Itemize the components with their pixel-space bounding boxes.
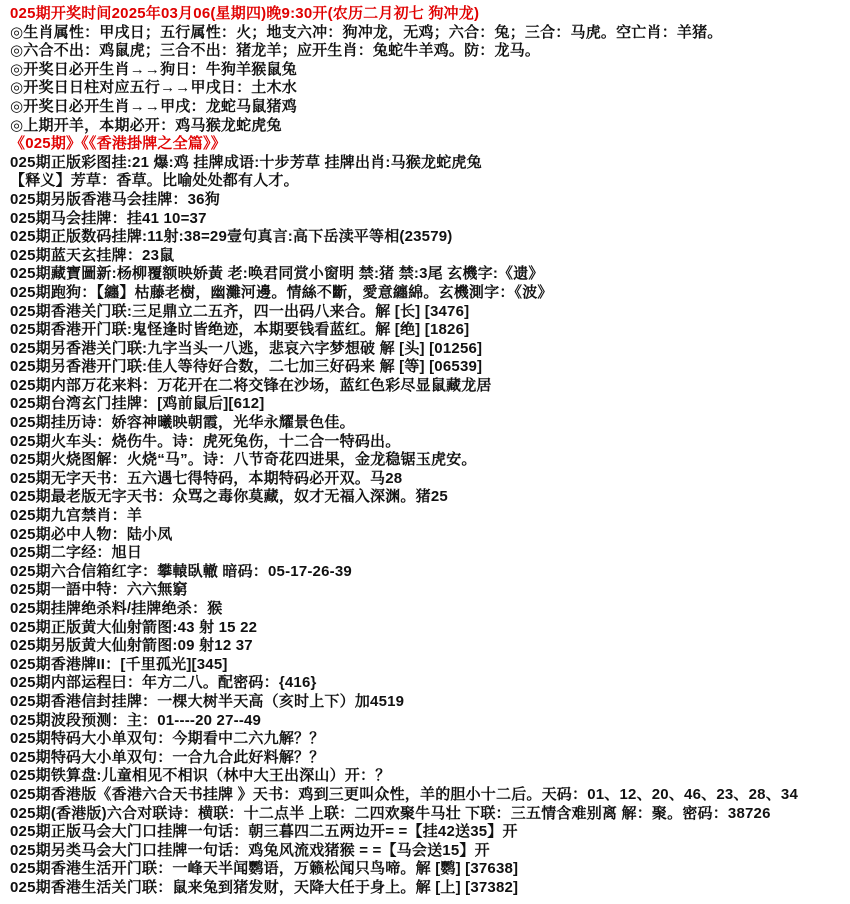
- text-line-6: ◎开奖日必开生肖→→甲戌：龙蛇马鼠猪鸡: [10, 98, 846, 117]
- text-line-22: 025期台湾玄门挂牌：[鸡前鼠后][612]: [10, 395, 846, 414]
- text-line-17: 025期香港关门联:三足鼎立二五齐，四一出码八来合。解 [长] [3476]: [10, 303, 846, 322]
- text-line-37: 025期内部运程曰：年方二八。配密码：{416}: [10, 674, 846, 693]
- text-line-12: 025期马会挂牌：挂41 10=37: [10, 210, 846, 229]
- text-line-20: 025期另香港开门联:佳人等待好合数，二七加三好码来 解 [等] [06539]: [10, 358, 846, 377]
- text-line-7: ◎上期开羊，本期必开：鸡马猴龙蛇虎兔: [10, 117, 846, 136]
- text-line-29: 025期必中人物：陆小凤: [10, 526, 846, 545]
- text-line-40: 025期特码大小单双句：今期看中二六九解？？: [10, 730, 846, 749]
- text-line-35: 025期另版黄大仙射箭图:09 射12 37: [10, 637, 846, 656]
- text-line-10: 【释义】芳草：香草。比喻处处都有人才。: [10, 172, 846, 191]
- text-line-26: 025期无字天书：五六遇七得特码，本期特码必开双。马28: [10, 470, 846, 489]
- text-line-48: 025期香港生活关门联：鼠来兔到猪发财，天降大任于身上。解 [上] [37382…: [10, 879, 846, 898]
- text-line-39: 025期波段预测：主：01----20 27--49: [10, 712, 846, 731]
- text-line-46: 025期另类马会大门口挂牌一句话：鸡兔风流戏猪猴 = =【马会送15】开: [10, 842, 846, 861]
- content: 025期开奖时间2025年03月06(星期四)晚9:30开(农历二月初七 狗冲龙…: [10, 5, 846, 898]
- text-line-47: 025期香港生活开门联：一峰天半闻鹦语，万籁松闻只鸟啼。解 [鹦] [37638…: [10, 860, 846, 879]
- lottery-tips-page: 025期开奖时间2025年03月06(星期四)晚9:30开(农历二月初七 狗冲龙…: [0, 0, 850, 904]
- text-line-21: 025期内部万花来料：万花开在二将交锋在沙场，蓝红色彩尽显鼠藏龙居: [10, 377, 846, 396]
- text-line-34: 025期正版黄大仙射箭图:43 射 15 22: [10, 619, 846, 638]
- text-line-38: 025期香港信封挂牌：一棵大树半天高（亥时上下）加4519: [10, 693, 846, 712]
- text-line-16: 025期跑狗：【纏】枯藤老樹，幽灘河邊。情絲不斷，愛意纏綿。玄機測字：《波》: [10, 284, 846, 303]
- text-line-33: 025期挂牌绝杀料/挂牌绝杀：猴: [10, 600, 846, 619]
- text-line-25: 025期火烧图解：火烧“马”。诗：八节奇花四进果，金龙稳锯玉虎安。: [10, 451, 846, 470]
- text-line-36: 025期香港牌II：[千里孤光][345]: [10, 656, 846, 675]
- text-line-3: ◎六合不出：鸡鼠虎；三合不出：猪龙羊；应开生肖：兔蛇牛羊鸡。防：龙马。: [10, 42, 846, 61]
- text-line-1: 025期开奖时间2025年03月06(星期四)晚9:30开(农历二月初七 狗冲龙…: [10, 5, 846, 24]
- text-line-43: 025期香港版《香港六合天书挂牌 》天书：鸡到三更叫众性，羊的胆小十二后。天码：…: [10, 786, 846, 805]
- text-line-24: 025期火车头：烧伤牛。诗：虎死兔伤，十二合一特码出。: [10, 433, 846, 452]
- text-line-19: 025期另香港关门联:九字当头一八逃，悲哀六字梦想破 解 [头] [01256]: [10, 340, 846, 359]
- text-line-5: ◎开奖日日柱对应五行→→甲戌日：土木水: [10, 79, 846, 98]
- text-line-31: 025期六合信箱红字：攀轅臥轍 暗码：05-17-26-39: [10, 563, 846, 582]
- text-line-11: 025期另版香港马会挂牌：36狗: [10, 191, 846, 210]
- text-line-4: ◎开奖日必开生肖→→狗日：牛狗羊猴鼠兔: [10, 61, 846, 80]
- text-line-41: 025期特码大小单双句：一合九合此好料解？？: [10, 749, 846, 768]
- text-line-28: 025期九宫禁肖：羊: [10, 507, 846, 526]
- text-line-27: 025期最老版无字天书：众骂之毒你莫藏，奴才无福入深渊。猪25: [10, 488, 846, 507]
- text-line-9: 025期正版彩图挂:21 爆:鸡 挂牌成语:十步芳草 挂牌出肖:马猴龙蛇虎兔: [10, 154, 846, 173]
- text-line-45: 025期正版马会大门口挂牌一句话：朝三暮四二五两边开= =【挂42送35】开: [10, 823, 846, 842]
- text-line-42: 025期铁算盘:儿童相见不相识（林中大王出深山）开：？: [10, 767, 846, 786]
- text-line-8: 《025期》《《香港掛牌之全篇》》: [10, 135, 846, 154]
- text-line-2: ◎生肖属性：甲戌日；五行属性：火；地支六冲：狗冲龙，无鸡；六合：兔；三合：马虎。…: [10, 24, 846, 43]
- text-line-23: 025期挂历诗：娇容神曦映朝霞，光华永耀景色佳。: [10, 414, 846, 433]
- text-line-14: 025期蓝天玄挂牌：23鼠: [10, 247, 846, 266]
- text-line-18: 025期香港开门联:鬼怪逢时皆绝迹，本期要钱看蓝红。解 [绝] [1826]: [10, 321, 846, 340]
- text-line-30: 025期二字经：旭日: [10, 544, 846, 563]
- text-line-44: 025期(香港版)六合对联诗：横联：十二点半 上联：二四欢聚牛马壮 下联：三五情…: [10, 805, 846, 824]
- text-line-13: 025期正版数码挂牌:11射:38=29壹句真言:高下岳渎平等相(23579): [10, 228, 846, 247]
- text-line-32: 025期一語中特：六六無窮: [10, 581, 846, 600]
- text-line-15: 025期藏寶圖新:杨柳覆额映娇黃 老:唤君同赏小窗明 禁:猪 禁:3尾 玄機字:…: [10, 265, 846, 284]
